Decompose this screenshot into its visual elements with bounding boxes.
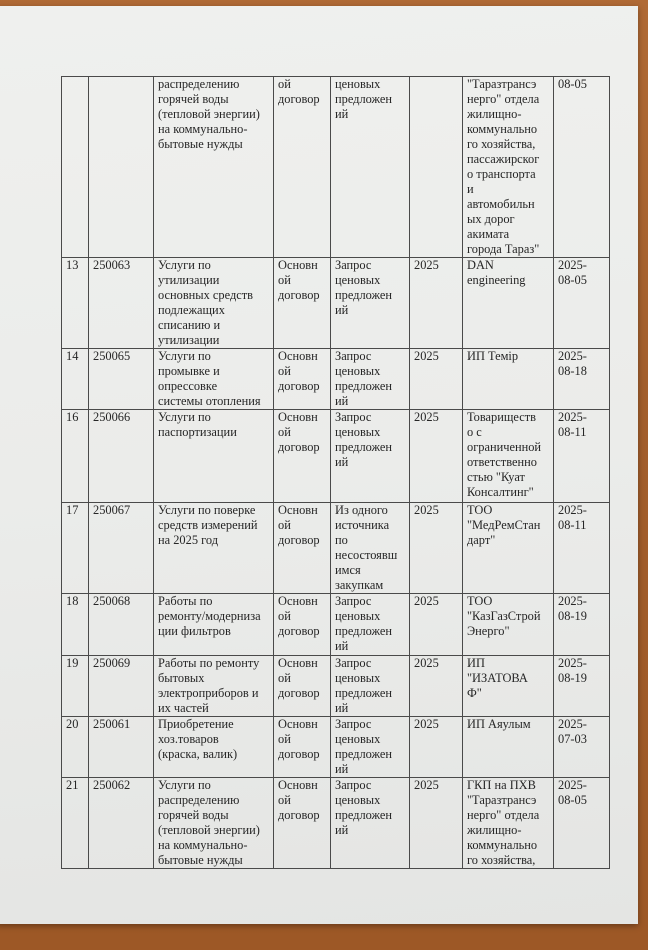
- procurement-method: Запрос ценовых предложен ий: [331, 410, 410, 503]
- procurement-method: ценовых предложен ий: [331, 77, 410, 258]
- table-row: 14 250065 Услуги по промывке и опрессовк…: [62, 349, 610, 410]
- table-row: 20 250061 Приобретение хоз.товаров (крас…: [62, 717, 610, 778]
- contract-date: 08-05: [554, 77, 610, 258]
- supplier: ГКП на ПХВ "Таразтрансэ нерго" отдела жи…: [463, 778, 554, 869]
- table-row: 13 250063 Услуги по утилизации основных …: [62, 258, 610, 349]
- item-description: Услуги по поверке средств измерений на 2…: [154, 503, 274, 594]
- year: [410, 77, 463, 258]
- year: 2025: [410, 349, 463, 410]
- contract-type: Основн ой договор: [274, 717, 331, 778]
- procurement-method: Запрос ценовых предложен ий: [331, 349, 410, 410]
- supplier: ИП "ИЗАТОВА Ф": [463, 656, 554, 717]
- table-row: 21 250062 Услуги по распределению горяче…: [62, 778, 610, 869]
- row-number: [62, 77, 89, 258]
- procurement-method: Запрос ценовых предложен ий: [331, 717, 410, 778]
- lot-code: 250067: [89, 503, 154, 594]
- lot-code: 250069: [89, 656, 154, 717]
- supplier: Товариществ о с ограниченной ответственн…: [463, 410, 554, 503]
- year: 2025: [410, 258, 463, 349]
- row-number: 16: [62, 410, 89, 503]
- procurement-method: Запрос ценовых предложен ий: [331, 778, 410, 869]
- contract-date: 2025- 08-11: [554, 503, 610, 594]
- item-description: распределению горячей воды (тепловой эне…: [154, 77, 274, 258]
- contract-date: 2025- 08-05: [554, 778, 610, 869]
- item-description: Услуги по утилизации основных средств по…: [154, 258, 274, 349]
- contract-type: Основн ой договор: [274, 778, 331, 869]
- item-description: Работы по ремонту бытовых электроприборо…: [154, 656, 274, 717]
- row-number: 13: [62, 258, 89, 349]
- row-number: 18: [62, 594, 89, 656]
- row-number: 14: [62, 349, 89, 410]
- year: 2025: [410, 778, 463, 869]
- table-row: 18 250068 Работы по ремонту/модерниза ци…: [62, 594, 610, 656]
- lot-code: 250066: [89, 410, 154, 503]
- item-description: Приобретение хоз.товаров (краска, валик): [154, 717, 274, 778]
- procurement-method: Из одного источника по несостоявш имся з…: [331, 503, 410, 594]
- contract-type: Основн ой договор: [274, 656, 331, 717]
- table-row: распределению горячей воды (тепловой эне…: [62, 77, 610, 258]
- supplier: ТОО "КазГазСтрой Энерго": [463, 594, 554, 656]
- item-description: Работы по ремонту/модерниза ции фильтров: [154, 594, 274, 656]
- supplier: DAN engineering: [463, 258, 554, 349]
- procurement-method: Запрос ценовых предложен ий: [331, 656, 410, 717]
- contract-type: Основн ой договор: [274, 410, 331, 503]
- lot-code: 250065: [89, 349, 154, 410]
- row-number: 19: [62, 656, 89, 717]
- item-description: Услуги по паспортизации: [154, 410, 274, 503]
- year: 2025: [410, 503, 463, 594]
- procurement-method: Запрос ценовых предложен ий: [331, 258, 410, 349]
- contract-type: Основн ой договор: [274, 349, 331, 410]
- table-row: 17 250067 Услуги по поверке средств изме…: [62, 503, 610, 594]
- contract-type: Основн ой договор: [274, 503, 331, 594]
- item-description: Услуги по распределению горячей воды (те…: [154, 778, 274, 869]
- lot-code: 250068: [89, 594, 154, 656]
- supplier: ТОО "МедРемСтан дарт": [463, 503, 554, 594]
- year: 2025: [410, 717, 463, 778]
- table-row: 19 250069 Работы по ремонту бытовых элек…: [62, 656, 610, 717]
- procurement-method: Запрос ценовых предложен ий: [331, 594, 410, 656]
- year: 2025: [410, 410, 463, 503]
- row-number: 21: [62, 778, 89, 869]
- lot-code: 250062: [89, 778, 154, 869]
- row-number: 17: [62, 503, 89, 594]
- contract-date: 2025- 07-03: [554, 717, 610, 778]
- contract-date: 2025- 08-18: [554, 349, 610, 410]
- item-description: Услуги по промывке и опрессовке системы …: [154, 349, 274, 410]
- supplier: "Таразтрансэ нерго" отдела жилищно- комм…: [463, 77, 554, 258]
- contract-type: Основн ой договор: [274, 258, 331, 349]
- contract-date: 2025- 08-19: [554, 656, 610, 717]
- contract-date: 2025- 08-05: [554, 258, 610, 349]
- lot-code: 250061: [89, 717, 154, 778]
- table-row: 16 250066 Услуги по паспортизации Основн…: [62, 410, 610, 503]
- contract-type: Основн ой договор: [274, 594, 331, 656]
- row-number: 20: [62, 717, 89, 778]
- paper-sheet: распределению горячей воды (тепловой эне…: [0, 6, 638, 924]
- supplier: ИП Темір: [463, 349, 554, 410]
- lot-code: [89, 77, 154, 258]
- contract-date: 2025- 08-11: [554, 410, 610, 503]
- supplier: ИП Аяулым: [463, 717, 554, 778]
- lot-code: 250063: [89, 258, 154, 349]
- procurement-table: распределению горячей воды (тепловой эне…: [61, 76, 610, 869]
- contract-date: 2025- 08-19: [554, 594, 610, 656]
- year: 2025: [410, 594, 463, 656]
- contract-type: ой договор: [274, 77, 331, 258]
- year: 2025: [410, 656, 463, 717]
